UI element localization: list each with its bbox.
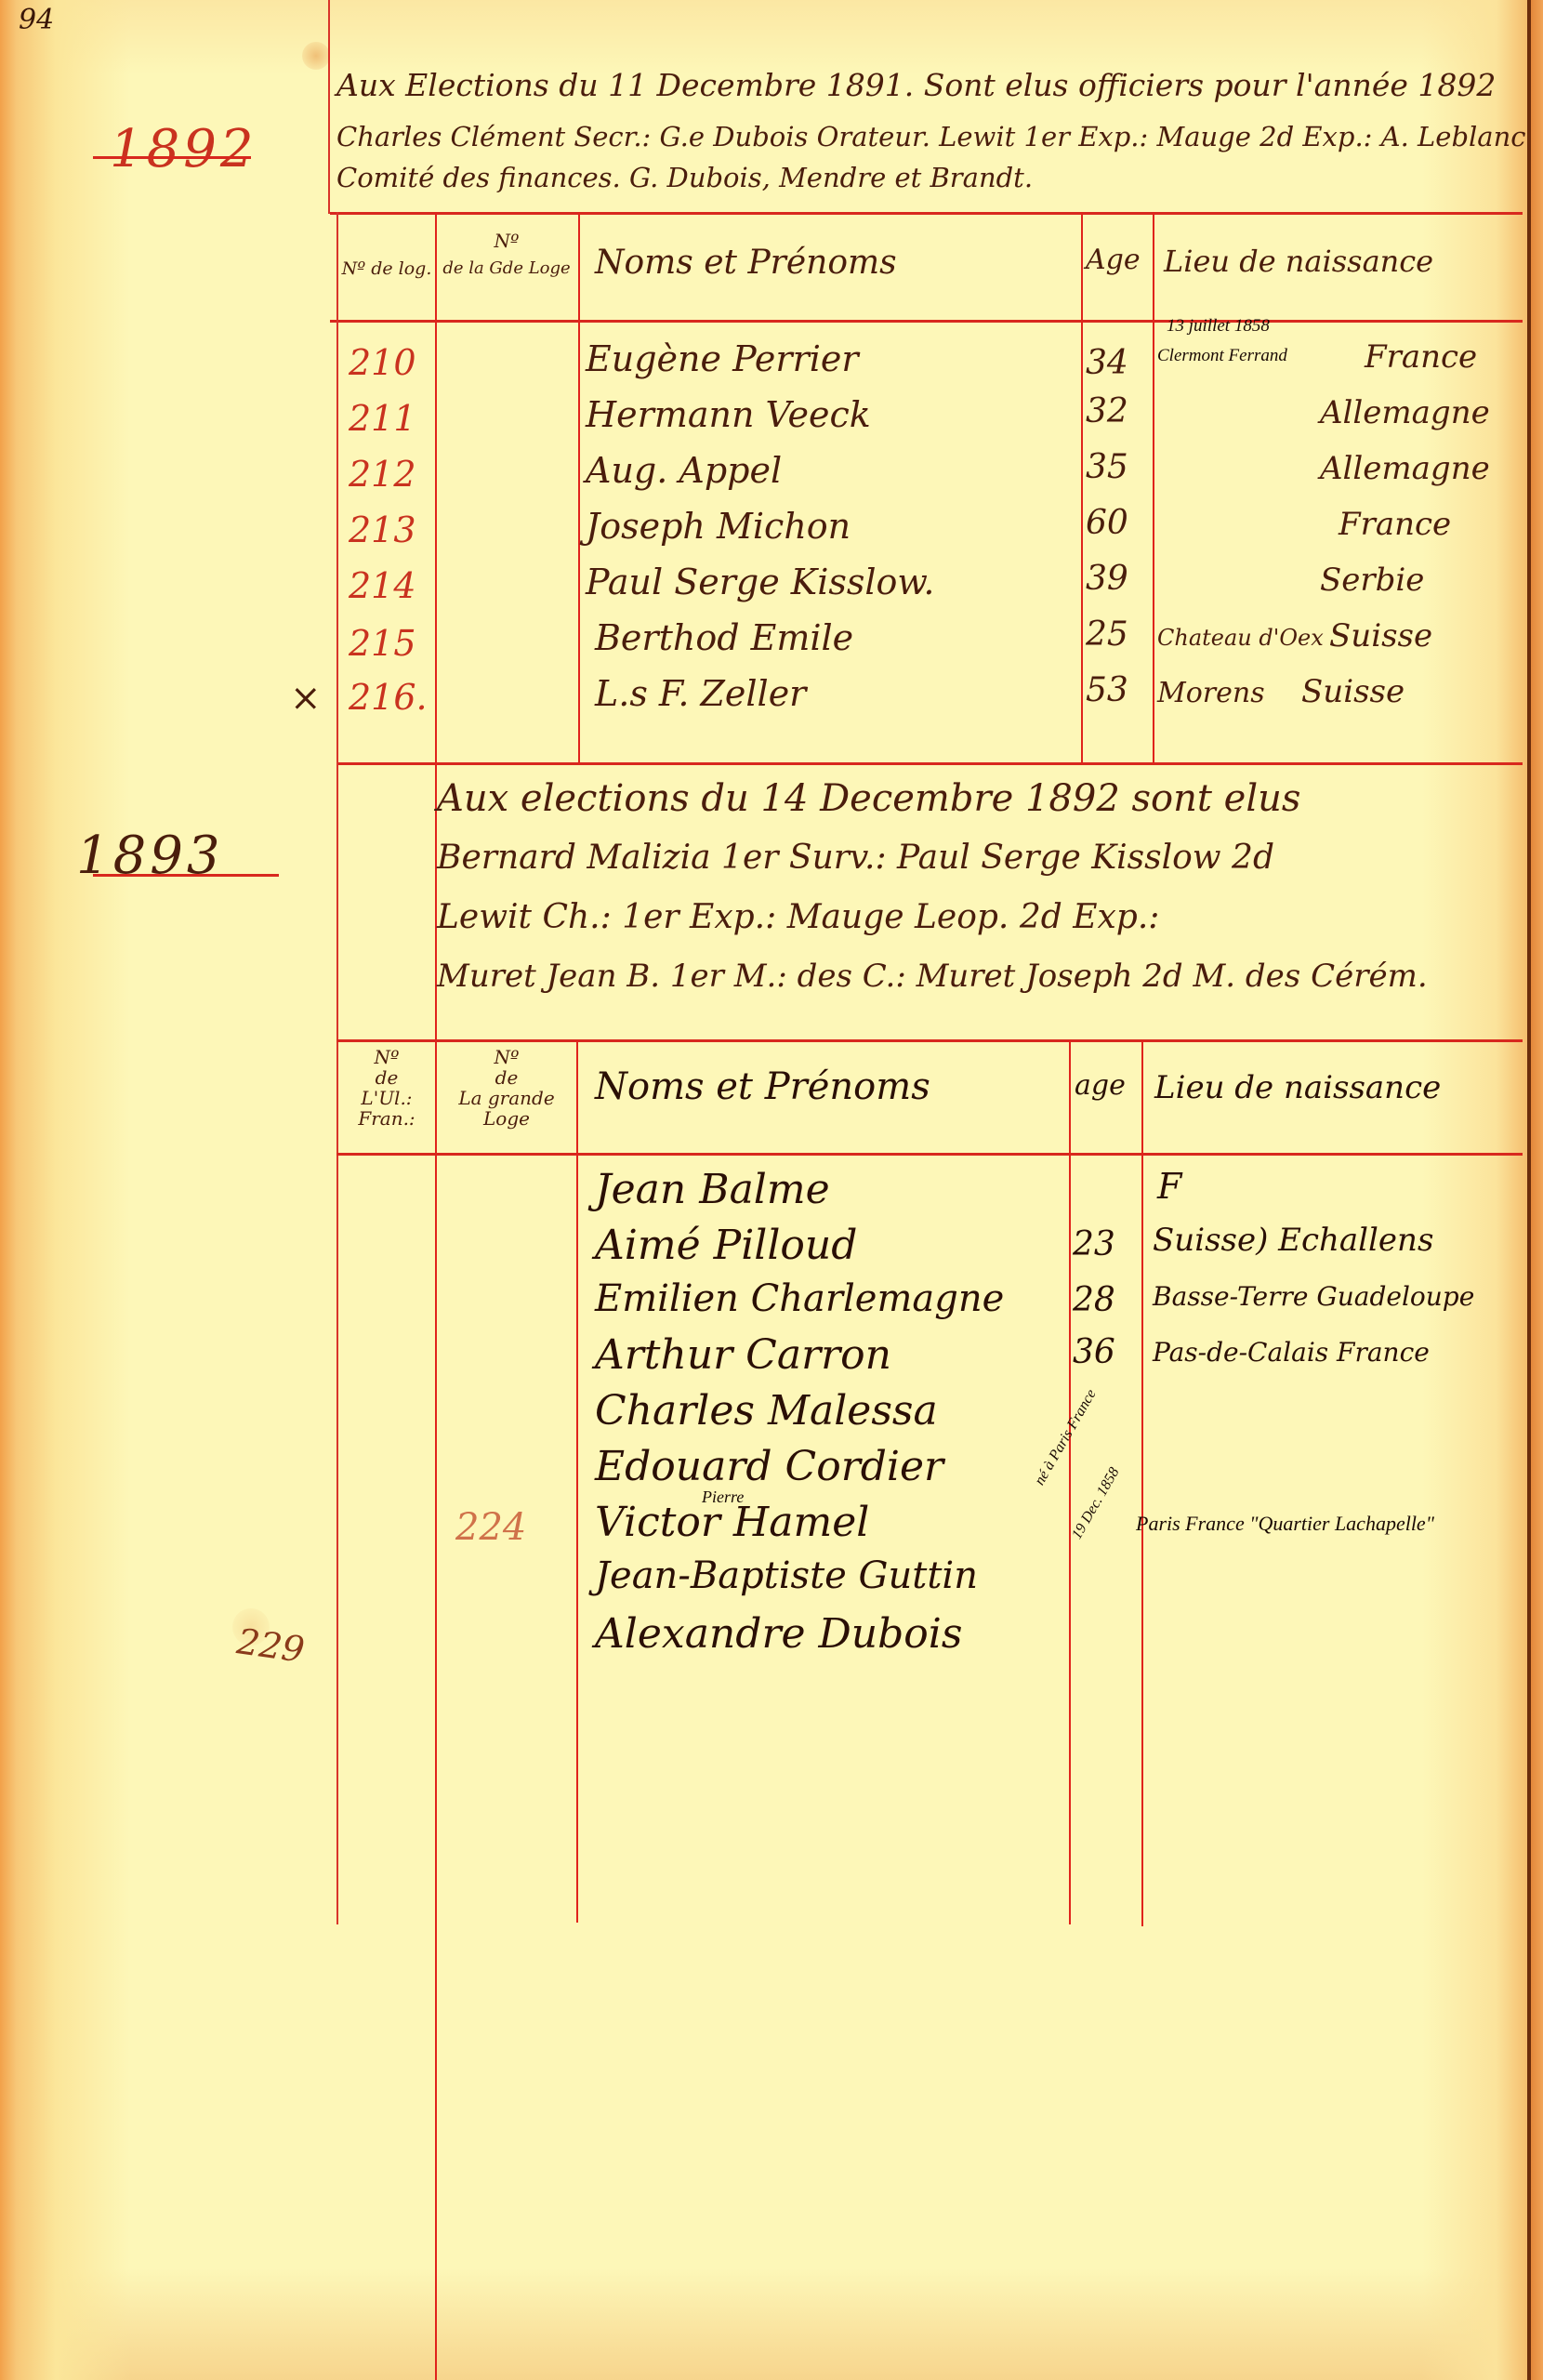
member-name: Berthod Emile	[595, 617, 853, 658]
header-age: Age	[1086, 244, 1141, 276]
lodge-number: 213	[349, 509, 416, 550]
table-1892-bottom-rule	[336, 762, 1523, 765]
member-name: Eugène Perrier	[586, 338, 859, 379]
header-line: La grande	[439, 1088, 574, 1108]
margin-cross-mark: ×	[290, 677, 322, 720]
officers-1892-line-3: Comité des finances. G. Dubois, Mendre e…	[336, 162, 1033, 193]
header-birthplace-1893: Lieu de naissance	[1154, 1069, 1441, 1106]
year-underline	[93, 156, 251, 159]
header-birthplace: Lieu de naissance	[1164, 244, 1433, 279]
header-line: Nº	[338, 1047, 435, 1067]
member-age: 53	[1086, 671, 1128, 709]
header-line: Fran.:	[338, 1108, 435, 1129]
col-rule-2	[435, 212, 437, 2380]
member-name: Hermann Veeck	[586, 394, 871, 435]
birth-country: Allemagne	[1320, 394, 1490, 431]
paper-stain	[302, 42, 330, 70]
member-age: 23	[1073, 1225, 1115, 1263]
member-age: 36	[1073, 1333, 1115, 1371]
header-line: L'Ul.:	[338, 1088, 435, 1108]
birth-place: Pas-de-Calais France	[1153, 1337, 1430, 1368]
officers-1893-line-2: Bernard Malizia 1er Surv.: Paul Serge Ki…	[437, 839, 1274, 877]
header-line: de	[439, 1067, 574, 1088]
birth-country: France	[1365, 338, 1477, 376]
header-names-1893: Noms et Prénoms	[595, 1065, 930, 1108]
birth-date-note: 13 juillet 1858	[1167, 316, 1270, 337]
header-line: de	[338, 1067, 435, 1088]
lodge-number: 215	[349, 623, 416, 664]
officers-1892-line-1: Aux Elections du 11 Decembre 1891. Sont …	[336, 67, 1496, 103]
birth-place: Suisse) Echallens	[1153, 1222, 1433, 1259]
birth-city: Morens	[1157, 677, 1265, 709]
birth-country: Allemagne	[1320, 450, 1490, 487]
table-1893-top-rule	[336, 1039, 1523, 1042]
birth-country: Suisse	[1329, 617, 1432, 654]
member-age: 60	[1086, 504, 1128, 542]
header-grand-lodge-number-1893: Nº de La grande Loge	[439, 1047, 574, 1129]
header-lodge-number: Nº de log.	[338, 258, 435, 279]
birth-city: Chateau d'Oex	[1157, 625, 1324, 651]
book-edge	[1531, 0, 1543, 2380]
member-name: L.s F. Zeller	[595, 673, 806, 714]
col-rule-5	[1153, 212, 1154, 764]
member-name: Charles Malessa	[595, 1387, 938, 1435]
member-name: Arthur Carron	[595, 1331, 891, 1379]
birth-note-2: 19 Dec. 1858	[1069, 1465, 1123, 1542]
header-grand-lodge-number: de la Gde Loge	[437, 258, 576, 279]
officers-1893-line-4: Muret Jean B. 1er M.: des C.: Muret Jose…	[437, 958, 1428, 995]
member-name: Jean-Baptiste Guttin	[595, 1554, 978, 1597]
col-rule-place	[1141, 1039, 1143, 1926]
page-number: 94	[19, 4, 54, 36]
birth-city: Clermont Ferrand	[1157, 346, 1287, 366]
margin-number: 229	[234, 1620, 307, 1671]
margin-rule	[328, 0, 330, 214]
table-1892-header-rule	[330, 320, 1523, 323]
lodge-number: 216.	[349, 677, 428, 718]
lodge-number: 210	[349, 342, 416, 383]
col-rule-4	[1081, 212, 1083, 764]
lodge-number: 212	[349, 454, 416, 495]
officers-1892-line-2: Charles Clément Secr.: G.e Dubois Orateu…	[336, 121, 1526, 152]
officers-1893-line-3: Lewit Ch.: 1er Exp.: Mauge Leop. 2d Exp.…	[437, 898, 1159, 936]
birth-country: France	[1339, 506, 1451, 543]
year-underline	[93, 874, 279, 877]
header-names: Noms et Prénoms	[595, 244, 897, 282]
birth-place: Basse-Terre Guadeloupe	[1153, 1281, 1474, 1312]
member-age: 32	[1086, 392, 1128, 430]
member-name: Aimé Pilloud	[595, 1222, 857, 1269]
lodge-number: 214	[349, 565, 416, 606]
year-1893: 1893	[76, 826, 224, 886]
table-1892-top-rule	[330, 212, 1523, 215]
year-1892: 1892	[110, 119, 257, 179]
grand-lodge-number: 224	[455, 1506, 526, 1549]
header-lodge-number-1893: Nº de L'Ul.: Fran.:	[338, 1047, 435, 1129]
col-rule-3	[578, 212, 580, 764]
header-age-1893: age	[1075, 1069, 1126, 1102]
table-1893-header-rule	[336, 1153, 1523, 1156]
member-name: Emilien Charlemagne	[595, 1277, 1004, 1320]
officers-1893-line-1: Aux elections du 14 Decembre 1892 sont e…	[437, 777, 1300, 820]
member-name: Edouard Cordier	[595, 1443, 943, 1490]
ledger-page: 94 1892 Aux Elections du 11 Decembre 189…	[0, 0, 1543, 2380]
member-age: 34	[1086, 344, 1128, 382]
member-name: Alexandre Dubois	[595, 1610, 962, 1658]
birth-note-1: né à Paris France	[1032, 1387, 1101, 1488]
header-line: Loge	[439, 1108, 574, 1129]
col-rule-age	[1069, 1039, 1071, 1924]
member-name: Aug. Appel	[586, 450, 782, 491]
birth-country: Suisse	[1301, 673, 1405, 710]
member-age: 28	[1073, 1281, 1115, 1319]
member-name: Joseph Michon	[586, 506, 851, 547]
member-name: Victor Hamel	[595, 1499, 869, 1546]
member-age: 39	[1086, 560, 1128, 598]
col-rule-names	[576, 1039, 578, 1923]
header-grand-lodge-number-sup: Nº	[437, 231, 576, 251]
member-age: 25	[1086, 615, 1128, 654]
member-age: 35	[1086, 448, 1128, 486]
lodge-number: 211	[349, 398, 416, 439]
member-name: Paul Serge Kisslow.	[586, 562, 934, 602]
birth-place: F	[1157, 1166, 1181, 1207]
header-line: Nº	[439, 1047, 574, 1067]
birth-country: Serbie	[1320, 562, 1424, 599]
member-name: Jean Balme	[595, 1166, 830, 1213]
birth-place: Paris France "Quartier Lachapelle"	[1136, 1512, 1434, 1536]
